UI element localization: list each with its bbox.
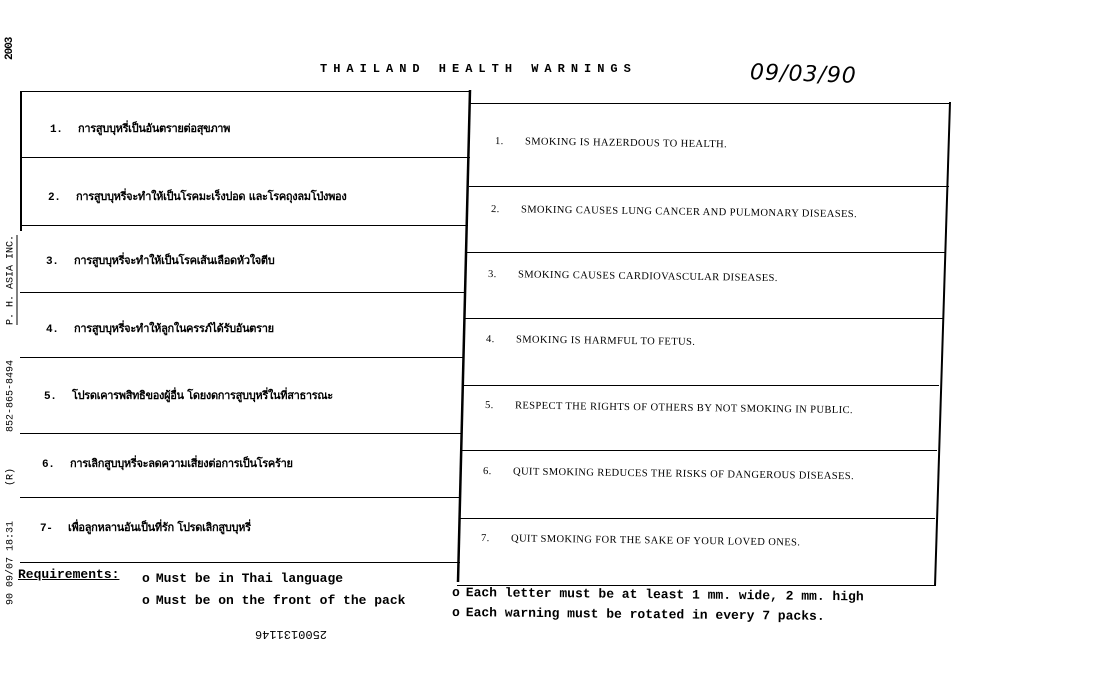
english-warning-4: 4.SMOKING IS HARMFUL TO FETUS.	[486, 334, 695, 348]
english-warning-3: 3.SMOKING CAUSES CARDIOVASCULAR DISEASES…	[488, 269, 778, 284]
warning-text: การสูบบุหรี่เป็นอันตรายต่อสุขภาพ	[78, 122, 230, 135]
table-border	[459, 518, 935, 519]
english-warning-7: 7.QUIT SMOKING FOR THE SAKE OF YOUR LOVE…	[481, 533, 800, 548]
table-border	[461, 450, 937, 451]
fax-company: P. H. ASIA INC.	[6, 235, 17, 325]
thai-warning-1: 1.การสูบบุหรี่เป็นอันตรายต่อสุขภาพ	[50, 119, 230, 137]
warning-text: การสูบบุหรี่จะทำให้เป็นโรคมะเร็งปอด และโ…	[76, 190, 346, 203]
table-border	[467, 252, 945, 253]
english-warning-5: 5.RESPECT THE RIGHTS OF OTHERS BY NOT SM…	[485, 400, 853, 416]
warning-text: โปรดเคารพสิทธิของผู้อื่น โดยงดการสูบบุหร…	[72, 389, 333, 402]
warning-text: SMOKING CAUSES CARDIOVASCULAR DISEASES.	[518, 269, 778, 284]
thai-warning-7: 7-เพื่อลูกหลานอันเป็นที่รัก โปรดเลิกสูบบ…	[40, 518, 251, 536]
fax-header: 90 09/07 18:31 (R) 852-865-8494 P. H. AS…	[2, 235, 20, 605]
warning-number: 5.	[44, 391, 72, 403]
table-border	[469, 186, 949, 187]
requirement-text: Must be in Thai language	[156, 571, 343, 586]
warning-text: QUIT SMOKING REDUCES THE RISKS OF DANGER…	[513, 466, 854, 482]
requirement-item: oEach warning must be rotated in every 7…	[452, 605, 825, 624]
warning-number: 7-	[40, 523, 68, 535]
warning-text: การเลิกสูบบุหรี่จะลดความเสี่ยงต่อการเป็น…	[70, 457, 293, 470]
warning-text: การสูบบุหรี่จะทำให้เป็นโรคเส้นเลือดหัวใจ…	[74, 254, 274, 267]
warning-text: เพื่อลูกหลานอันเป็นที่รัก โปรดเลิกสูบบุห…	[68, 521, 251, 534]
warning-text: RESPECT THE RIGHTS OF OTHERS BY NOT SMOK…	[515, 400, 853, 416]
english-warning-2: 2.SMOKING CAUSES LUNG CANCER AND PULMONA…	[491, 204, 857, 220]
table-border	[20, 562, 460, 563]
thai-warning-2: 2.การสูบบุหรี่จะทำให้เป็นโรคมะเร็งปอด แล…	[48, 187, 346, 205]
table-border	[20, 433, 462, 434]
table-border	[470, 103, 950, 104]
fax-phone: 852-865-8494	[6, 360, 17, 432]
warning-number: 3.	[488, 269, 518, 280]
requirement-text: Must be on the front of the pack	[156, 593, 406, 608]
english-warning-6: 6.QUIT SMOKING REDUCES THE RISKS OF DANG…	[483, 466, 854, 482]
table-border	[20, 91, 470, 92]
page-title: THAILAND HEALTH WARNINGS	[320, 62, 637, 76]
requirement-item: oMust be on the front of the pack	[142, 593, 405, 608]
requirement-item: oMust be in Thai language	[142, 571, 343, 586]
bullet-icon: o	[142, 571, 150, 586]
thai-warning-6: 6.การเลิกสูบบุหรี่จะลดความเสี่ยงต่อการเป…	[42, 454, 293, 472]
requirements-label: Requirements:	[18, 567, 119, 582]
table-border	[20, 157, 470, 158]
english-warning-1: 1.SMOKING IS HAZERDOUS TO HEALTH.	[495, 136, 727, 150]
bullet-icon: o	[452, 605, 460, 620]
table-border	[20, 292, 466, 293]
warning-number: 1.	[50, 124, 78, 136]
table-border	[20, 91, 22, 231]
table-border-right	[925, 100, 955, 590]
warning-number: 6.	[483, 466, 513, 477]
corner-code: 2003	[4, 20, 24, 60]
requirement-item: oEach letter must be at least 1 mm. wide…	[452, 585, 864, 604]
table-border	[463, 385, 939, 386]
fax-mark: (R)	[6, 468, 17, 486]
table-border	[20, 497, 460, 498]
warning-text: SMOKING IS HARMFUL TO FETUS.	[516, 334, 695, 348]
warning-number: 4.	[46, 324, 74, 336]
warning-text: SMOKING IS HAZERDOUS TO HEALTH.	[525, 136, 727, 150]
warning-number: 4.	[486, 334, 516, 345]
thai-warning-3: 3.การสูบบุหรี่จะทำให้เป็นโรคเส้นเลือดหัว…	[46, 251, 274, 269]
warning-number: 1.	[495, 136, 525, 147]
fax-time: 90 09/07 18:31	[6, 521, 17, 605]
warning-number: 6.	[42, 459, 70, 471]
warning-number: 3.	[46, 256, 74, 268]
table-border	[465, 318, 943, 319]
requirement-text: Each letter must be at least 1 mm. wide,…	[466, 585, 864, 604]
table-border	[20, 357, 464, 358]
warning-number: 5.	[485, 400, 515, 411]
table-border	[20, 225, 468, 226]
thai-warning-5: 5.โปรดเคารพสิทธิของผู้อื่น โดยงดการสูบบุ…	[44, 386, 333, 404]
warning-text: SMOKING CAUSES LUNG CANCER AND PULMONARY…	[521, 204, 857, 220]
warning-number: 2.	[48, 192, 76, 204]
bullet-icon: o	[142, 593, 150, 608]
requirement-text: Each warning must be rotated in every 7 …	[466, 605, 825, 624]
document-number: 2500131146	[255, 627, 327, 641]
warning-number: 7.	[481, 533, 511, 544]
warning-text: การสูบบุหรี่จะทำให้ลูกในครรภ์ได้รับอันตร…	[74, 322, 274, 335]
table-divider	[450, 88, 480, 588]
requirements-heading: Requirements:	[18, 567, 119, 582]
bullet-icon: o	[452, 585, 460, 600]
warning-number: 2.	[491, 204, 521, 215]
thai-warning-4: 4.การสูบบุหรี่จะทำให้ลูกในครรภ์ได้รับอัน…	[46, 319, 274, 337]
handwritten-date: 09/03/90	[750, 60, 858, 89]
warning-text: QUIT SMOKING FOR THE SAKE OF YOUR LOVED …	[511, 533, 800, 548]
